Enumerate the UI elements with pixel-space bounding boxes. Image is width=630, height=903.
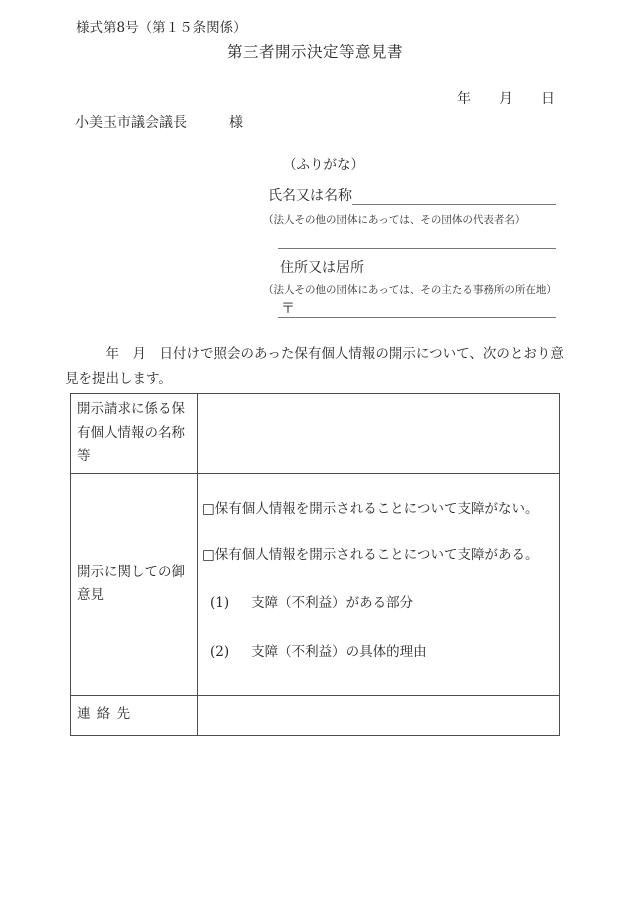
item-label: 支障（不利益）がある部分	[251, 594, 413, 612]
row3-value-cell	[198, 695, 560, 735]
postal-mark-icon: 〒	[281, 301, 295, 317]
opinion-option-label: 保有個人情報を開示されることについて支障がある。	[215, 546, 539, 564]
row1-value-cell	[198, 394, 560, 474]
furigana-label: （ふりがな）	[263, 155, 556, 175]
checkbox-icon: □	[202, 500, 215, 518]
date-line: 年 月 日	[457, 88, 555, 108]
opinion-item-2: (2) 支障（不利益）の具体的理由	[202, 643, 555, 661]
address-label: 住所又は居所	[263, 258, 556, 278]
table-row-info-name: 開示請求に係る保有個人情報の名称等	[71, 394, 560, 474]
postal-code-row: 〒	[278, 301, 556, 318]
opinion-table: 開示請求に係る保有個人情報の名称等 開示に関しての御意見 □ 保有個人情報を開示…	[70, 393, 560, 736]
table-row-opinion: 開示に関しての御意見 □ 保有個人情報を開示されることについて支障がない。 □ …	[71, 473, 560, 695]
form-number: 様式第8号（第１５条関係）	[76, 16, 247, 36]
applicant-section: （ふりがな） 氏名又は名称 （法人その他の団体にあっては、その団体の代表者名） …	[263, 155, 556, 318]
item-number: (1)	[210, 594, 229, 612]
item-label: 支障（不利益）の具体的理由	[251, 643, 427, 661]
name-note: （法人その他の団体にあっては、その団体の代表者名）	[263, 212, 556, 227]
address-note: （法人その他の団体にあっては、その主たる事務所の所在地）	[263, 282, 556, 297]
opinion-option-has-problem: □ 保有個人情報を開示されることについて支障がある。	[202, 546, 555, 564]
page-title: 第三者開示決定等意見書	[227, 40, 403, 62]
opinion-option-no-problem: □ 保有個人情報を開示されることについて支障がない。	[202, 500, 555, 518]
name-label: 氏名又は名称	[268, 187, 352, 205]
addressee-line: 小美玉市議会議長 様	[75, 112, 243, 132]
row3-header-cell: 連 絡 先	[71, 695, 198, 735]
checkbox-icon: □	[202, 546, 215, 564]
item-number: (2)	[210, 643, 229, 661]
paragraph-line-2: 見を提出します。	[65, 367, 564, 392]
paragraph-line-1: 年 月 日付けで照会のあった保有個人情報の開示について、次のとおり意	[65, 342, 564, 367]
row2-header-cell: 開示に関しての御意見	[71, 473, 198, 695]
representative-fill-line	[278, 248, 556, 249]
opinion-option-label: 保有個人情報を開示されることについて支障がない。	[215, 500, 539, 518]
name-fill-line	[352, 188, 556, 205]
table-row-contact: 連 絡 先	[71, 695, 560, 735]
document-page: 様式第8号（第１５条関係） 第三者開示決定等意見書 年 月 日 小美玉市議会議長…	[0, 0, 630, 903]
body-paragraph: 年 月 日付けで照会のあった保有個人情報の開示について、次のとおり意 見を提出し…	[65, 342, 564, 392]
opinion-item-1: (1) 支障（不利益）がある部分	[202, 594, 555, 612]
row1-header-cell: 開示請求に係る保有個人情報の名称等	[71, 394, 198, 474]
name-field-row: 氏名又は名称	[263, 187, 556, 205]
row2-value-cell: □ 保有個人情報を開示されることについて支障がない。 □ 保有個人情報を開示され…	[198, 473, 560, 695]
